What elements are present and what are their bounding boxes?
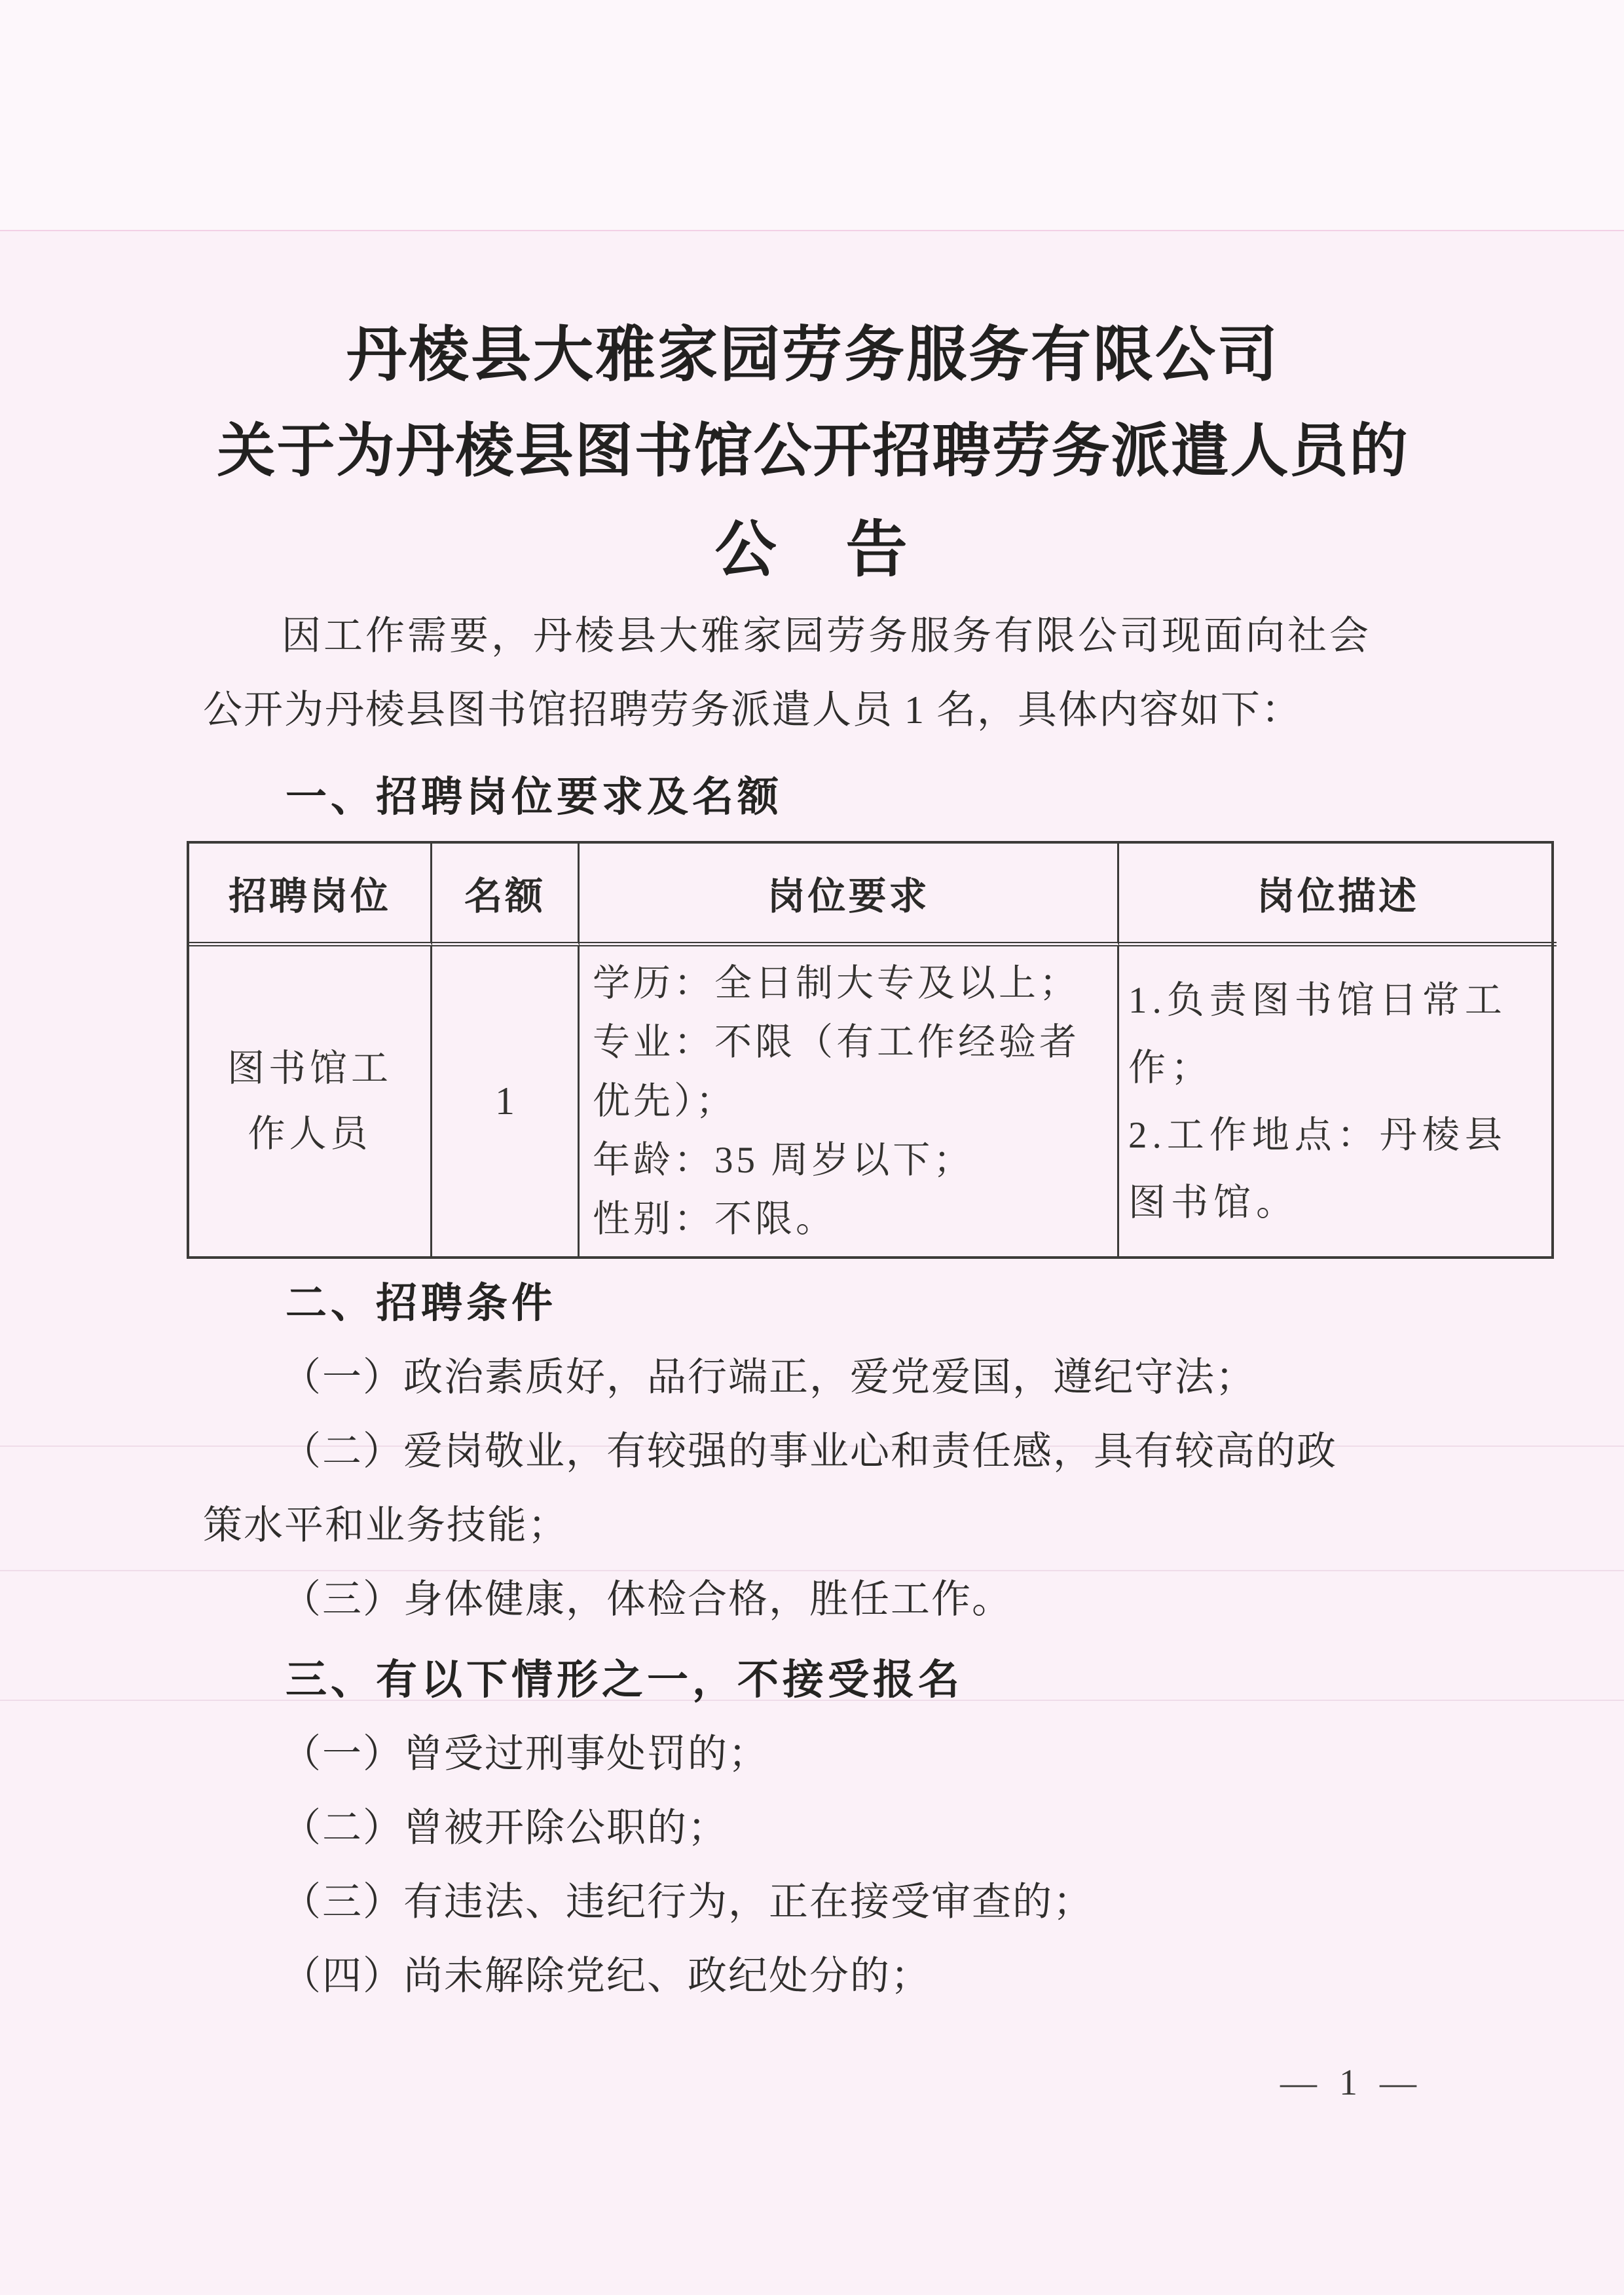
requirement-gender: 性别：不限。 <box>593 1190 1104 1249</box>
table-header-position: 招聘岗位 <box>189 844 432 946</box>
scan-artifact-line <box>0 230 1624 231</box>
recruitment-table: 招聘岗位 名额 岗位要求 岗位描述 图书馆工作人员 1 学历：全日制大专及以上；… <box>187 841 1554 1259</box>
condition-item-1: （一）政治素质好，品行端正，爱党爱国，遵纪守法； <box>203 1341 1423 1415</box>
table-cell-quota: 1 <box>432 946 580 1256</box>
section3-heading: 三、有以下情形之一，不接受报名 <box>203 1643 1423 1717</box>
scan-light-band <box>0 0 1624 230</box>
intro-line-2: 公开为丹棱县图书馆招聘劳务派遣人员 1 名，具体内容如下： <box>203 673 1423 747</box>
condition-item-2-line2: 策水平和业务技能； <box>203 1489 1423 1563</box>
description-duty: 1.负责图书馆日常工作； <box>1128 967 1547 1102</box>
table-cell-description: 1.负责图书馆日常工作； 2.工作地点：丹棱县图书馆。 <box>1119 946 1557 1256</box>
page-number: — 1 — <box>1280 2062 1423 2104</box>
table-cell-position: 图书馆工作人员 <box>189 946 432 1256</box>
table-header-description: 岗位描述 <box>1119 844 1557 946</box>
document-content: 丹棱县大雅家园劳务服务有限公司 关于为丹棱县图书馆公开招聘劳务派遣人员的 公 告… <box>203 308 1423 2013</box>
requirement-age: 年龄：35 周岁以下； <box>593 1131 1104 1190</box>
disqualification-item-4: （四）尚未解除党纪、政纪处分的； <box>203 1939 1423 2013</box>
requirement-major: 专业：不限（有工作经验者优先）； <box>593 1013 1104 1131</box>
intro-line-1: 因工作需要，丹棱县大雅家园劳务服务有限公司现面向社会 <box>203 599 1423 673</box>
description-location: 2.工作地点：丹棱县图书馆。 <box>1128 1102 1547 1237</box>
section2-heading: 二、招聘条件 <box>203 1267 1423 1341</box>
recruitment-table-grid: 招聘岗位 名额 岗位要求 岗位描述 图书馆工作人员 1 学历：全日制大专及以上；… <box>187 841 1554 1259</box>
condition-item-2-line1: （二）爱岗敬业，有较强的事业心和责任感，具有较高的政 <box>203 1415 1423 1489</box>
disqualification-item-2: （二）曾被开除公职的； <box>203 1791 1423 1865</box>
table-header-requirements: 岗位要求 <box>580 844 1119 946</box>
position-name: 图书馆工作人员 <box>218 1036 401 1167</box>
disqualification-item-1: （一）曾受过刑事处罚的； <box>203 1717 1423 1791</box>
condition-item-3: （三）身体健康，体检合格，胜任工作。 <box>203 1563 1423 1637</box>
section1-heading: 一、招聘岗位要求及名额 <box>203 760 1423 834</box>
requirement-education: 学历：全日制大专及以上； <box>593 954 1104 1013</box>
doc-title-subject: 关于为丹棱县图书馆公开招聘劳务派遣人员的 <box>203 403 1423 501</box>
table-cell-requirements: 学历：全日制大专及以上； 专业：不限（有工作经验者优先）； 年龄：35 周岁以下… <box>580 946 1119 1256</box>
disqualification-item-3: （三）有违法、违纪行为，正在接受审查的； <box>203 1865 1423 1939</box>
doc-title-company: 丹棱县大雅家园劳务服务有限公司 <box>203 308 1423 403</box>
scanned-document-page: 丹棱县大雅家园劳务服务有限公司 关于为丹棱县图书馆公开招聘劳务派遣人员的 公 告… <box>0 0 1624 2295</box>
doc-title-announcement: 公 告 <box>203 501 1423 599</box>
table-header-quota: 名额 <box>432 844 580 946</box>
